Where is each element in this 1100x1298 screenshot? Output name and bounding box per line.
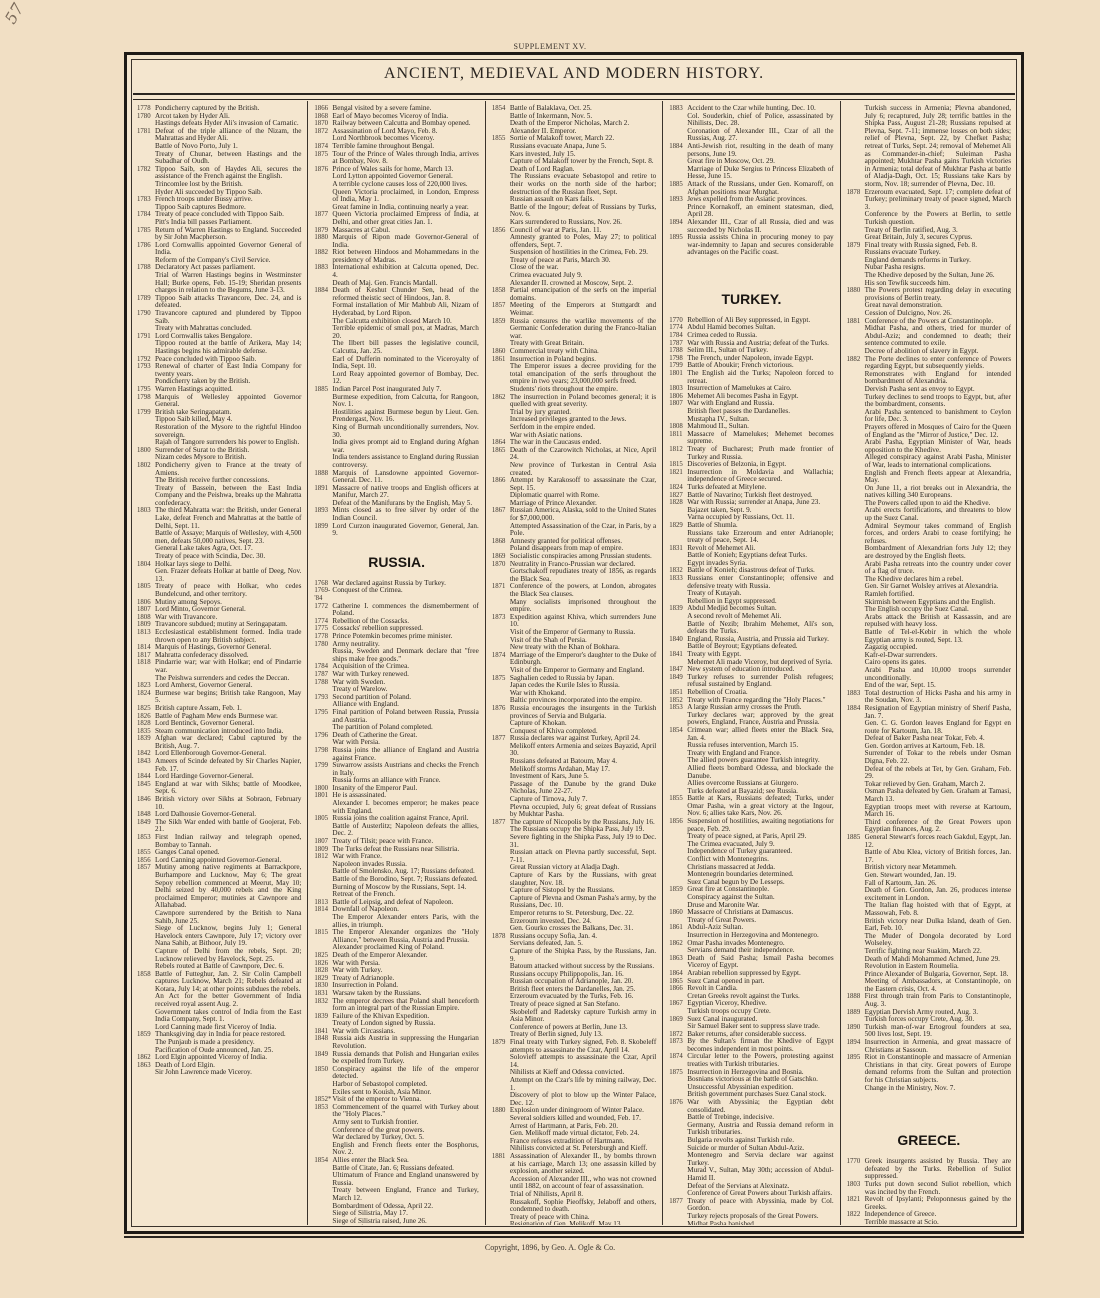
timeline-entry: Alexander I. becomes emperor; he makes p… [314, 800, 478, 815]
entry-text: Admiral Seymour takes command of English… [865, 523, 1011, 546]
entry-year: 1880 [314, 234, 332, 249]
entry-year: 1832 [314, 998, 332, 1013]
entry-year [847, 872, 865, 880]
entry-year [492, 986, 510, 994]
entry-year [137, 545, 155, 553]
timeline-entry: Capture of Delhi from the rebels, Sept. … [137, 948, 301, 963]
timeline-entry: 1832The emperor decrees that Poland shal… [314, 998, 478, 1013]
entry-year: 1805 [137, 583, 155, 598]
entry-text: Capture of Kars by the Russians, with gr… [510, 872, 656, 887]
entry-text: Coronation of Alexander III., Czar of al… [687, 128, 833, 143]
entry-year: 1879 [492, 1039, 510, 1054]
entry-text: Defeat of the rebels at Tet, by Gen. Gra… [865, 766, 1011, 781]
entry-year [492, 1077, 510, 1092]
entry-year [847, 454, 865, 469]
entry-year: 1800 [314, 785, 332, 793]
entry-year: 1801 [669, 370, 687, 385]
entry-year: 1802 [137, 462, 155, 477]
timeline-entry: 1888First through train from Paris to Co… [847, 993, 1011, 1008]
entry-year: 1888 [314, 470, 332, 485]
entry-year: 1780 [137, 113, 155, 121]
entry-year [137, 1009, 155, 1024]
entry-year: 1893 [314, 507, 332, 522]
entry-text: Insurrection in Moldavia and Wallachia; … [687, 469, 833, 484]
timeline-entry: Battle of Tel-el-Kebir in which the whol… [847, 629, 1011, 644]
entry-year [847, 523, 865, 546]
entry-year: 1872 [669, 1031, 687, 1039]
entry-text: Montenegro and Servia declare war agains… [687, 1152, 833, 1167]
entry-text: Terrible epidemic of small pox, at Madra… [332, 325, 478, 340]
column-2: 1866Bengal visited by a severe famine.18… [308, 101, 485, 1225]
entry-year [314, 800, 332, 815]
entry-text: Treaty of Bucharest; Pruth made frontier… [687, 446, 833, 461]
entry-year: 1883 [669, 105, 687, 113]
entry-text: Passage of the Danube by the grand Duke … [510, 781, 656, 796]
timeline-entry: 1848Russia aids Austria in suppressing t… [314, 1035, 478, 1050]
entry-year: 1774 [669, 324, 687, 332]
entry-year: 1806 [669, 393, 687, 401]
entry-year [314, 1172, 332, 1187]
entry-text: Mints closed as to free silver by order … [332, 507, 478, 522]
timeline-entry: Montenegro and Servia declare war agains… [669, 1152, 833, 1167]
timeline-entry: British victory near Dulka Island, death… [847, 918, 1011, 933]
entry-year [847, 743, 865, 751]
timeline-entry: 1873By the Sultan's firman the Khedive o… [669, 1038, 833, 1053]
entry-year [137, 378, 155, 386]
entry-year: 1877 [314, 211, 332, 226]
entry-year: 1799 [137, 409, 155, 417]
entry-year: 1812 [669, 446, 687, 461]
entry-year: 1846 [137, 796, 155, 811]
entry-year: 1788 [314, 679, 332, 687]
entry-year [492, 1130, 510, 1138]
entry-year [669, 1122, 687, 1137]
entry-year [314, 1081, 332, 1089]
entry-text: Capture of Delhi from the rebels, Sept. … [155, 948, 301, 963]
entry-year: 1831 [314, 990, 332, 998]
timeline-entry: 1857Meeting of the Emperors at Stuttgard… [492, 302, 656, 317]
entry-text: Amnesty granted to Poles, May 27; to pol… [510, 234, 656, 249]
timeline-entry: 1874Circular letter to the Powers, prote… [669, 1053, 833, 1068]
entry-text: Resignation of Gen. Melikoff, May 13. [510, 1221, 656, 1225]
entry-year [314, 777, 332, 785]
timeline-entry: Change in the Ministry, Nov. 7. [847, 1085, 1011, 1093]
entry-year [137, 257, 155, 265]
timeline-entry: Turkey declares war; approved by the gre… [669, 712, 833, 727]
entry-year [492, 629, 510, 637]
entry-year: 1885 [314, 386, 332, 394]
entry-text: Russia assists China in procuring money … [687, 234, 833, 257]
timeline-entry: 1802Pondicherry given to France at the t… [137, 462, 301, 477]
entry-year [137, 439, 155, 447]
entry-text: Meeting of Ambassadors, at Constantinopl… [865, 978, 1011, 993]
entry-year [492, 690, 510, 698]
entry-text: Final treaty with Turkey signed, Feb. 8.… [510, 1039, 656, 1054]
entry-year [492, 1115, 510, 1123]
entry-year: 1882 [314, 249, 332, 264]
entry-year: 1814 [314, 906, 332, 914]
entry-year: 1856 [669, 818, 687, 833]
entry-text: Anti-Jewish riot, resulting in the death… [687, 143, 833, 158]
entry-year [492, 1092, 510, 1107]
entry-text: Arabi Pasha and 10,000 troops surrender … [865, 667, 1011, 682]
entry-year: 1868 [314, 113, 332, 121]
entry-year [137, 219, 155, 227]
entry-year: 1813 [137, 629, 155, 644]
entry-text: Prince Kornakoff, an eminent statesman, … [687, 204, 833, 219]
timeline-entry: 1879Final treaty with Turkey signed, Feb… [492, 1039, 656, 1054]
timeline-entry: Plevna occupied, July 6; great defeat of… [492, 804, 656, 819]
entry-text: Russia encourages the insurgents in the … [510, 705, 656, 720]
entry-year [492, 500, 510, 508]
entry-year: 1841 [669, 651, 687, 659]
timeline-entry: English and French fleets appear at Alex… [847, 470, 1011, 485]
entry-text: The Muder of Dongola decorated by Lord W… [865, 933, 1011, 948]
entry-text: Battle of Tel-el-Kebir in which the whol… [865, 629, 1011, 644]
timeline-entry: The Emperor issues a decree providing fo… [492, 363, 656, 386]
entry-year: 1879 [314, 227, 332, 235]
entry-text: Capture of Plevna and Osman Pasha's army… [510, 895, 656, 910]
timeline-entry: 1873Expedition against Khiva, which surr… [492, 614, 656, 629]
entry-year: 1769-'84 [314, 587, 332, 602]
entry-text: The Emperor Alexander organizes the "Hol… [332, 929, 478, 944]
entry-year [137, 675, 155, 683]
entry-year [669, 1076, 687, 1084]
entry-year [137, 325, 155, 333]
timeline-entry: Amnesty granted to Poles, May 27; to pol… [492, 234, 656, 249]
entry-year: 1844 [137, 773, 155, 781]
entry-year [492, 432, 510, 440]
entry-text: Catherine I. commences the dismemberment… [332, 603, 478, 618]
timeline-entry: 1876Russia encourages the insurgents in … [492, 705, 656, 720]
timeline-entry: 1895Riot in Constantinople and massacre … [847, 1054, 1011, 1084]
timeline-entry: 1815The Emperor Alexander organizes the … [314, 929, 478, 944]
entry-year: 1864 [669, 970, 687, 978]
entry-year [314, 1187, 332, 1202]
entry-text: Siege of Lucknow, begins July 1; General… [155, 925, 301, 948]
timeline-entry: The Russians evacuate Sebastopol and ret… [492, 173, 656, 196]
entry-text: The Ilbert bill passes the legislative c… [332, 340, 478, 355]
timeline-entry: Battle of the Ingour; defeat of Russians… [492, 204, 656, 219]
timeline-entry: 1858Battle of Futteghur, Jan. 2. Sir Col… [137, 971, 301, 994]
timeline-entry: 1853Commencement of the quarrel with Tur… [314, 1104, 478, 1119]
entry-year [137, 1069, 155, 1077]
entry-year [847, 599, 865, 607]
entry-year [314, 648, 332, 663]
entry-year [847, 978, 865, 993]
entry-year: 1895 [669, 234, 687, 257]
entry-year [492, 1069, 510, 1077]
timeline-entry: Meeting of Ambassadors, at Constantinopl… [847, 978, 1011, 993]
footer-rule [124, 1236, 1024, 1241]
entry-year [847, 211, 865, 226]
entry-year [492, 143, 510, 151]
entry-text: War with Abyssinia; the Egyptian debt co… [687, 1099, 833, 1114]
entry-year [492, 1191, 510, 1199]
timeline-entry: Russia, Sweden and Denmark declare that … [314, 648, 478, 663]
entry-year: 1795 [314, 709, 332, 724]
entry-year: 1878 [847, 189, 865, 212]
timeline-entry: Admiral Seymour takes command of English… [847, 523, 1011, 546]
entry-year: 1849 [314, 1051, 332, 1066]
entry-text: Formal installation of Mir Mahbub Ali, N… [332, 302, 478, 317]
entry-year [669, 621, 687, 636]
entry-year [847, 325, 865, 348]
entry-year [314, 318, 332, 326]
entry-year: 1859 [137, 1031, 155, 1039]
timeline-entry: Prince Kornakoff, an eminent statesman, … [669, 204, 833, 219]
entry-year [847, 948, 865, 956]
entry-year: 1830 [314, 982, 332, 990]
entry-year [669, 204, 687, 219]
entry-year: 1795 [137, 386, 155, 394]
entry-text: Allied fleets bombard Odessa, and blocka… [687, 765, 833, 780]
entry-text: Marriage of Duke Sergius to Princess Eli… [687, 166, 833, 181]
timeline-entry: 1856Suspension of hostilities, awaiting … [669, 818, 833, 833]
timeline-entry: Terrible massacre at Scio. [847, 1219, 1011, 1225]
entry-year: 1866 [492, 477, 510, 492]
timeline-entry: 1789Tippoo Saib attacks Travancore, Dec.… [137, 295, 301, 310]
entry-year [314, 325, 332, 340]
timeline-entry: Germany, Austria and Russia demand refor… [669, 1122, 833, 1137]
entry-year: 1788 [137, 264, 155, 272]
timeline-entry: Osman Pasha defeated by Gen. Graham at T… [847, 788, 1011, 803]
timeline-entry: 1798Russia joins the alliance of England… [314, 747, 478, 762]
entry-text: Turkey declares war; approved by the gre… [687, 712, 833, 727]
entry-year [669, 864, 687, 872]
entry-text: On June 11, a riot breaks out in Alexand… [865, 485, 1011, 500]
entry-year: 1875 [669, 1069, 687, 1077]
entry-text: Afghan war declared; Cabul captured by t… [155, 735, 301, 750]
entry-year [314, 914, 332, 929]
entry-text: An Act for the better Government of Indi… [155, 993, 301, 1008]
entry-text: Melikoff enters Armenia and seizes Bayaz… [510, 743, 656, 758]
entry-year [847, 667, 865, 682]
entry-text: Riot between Hindoos and Mohammedans in … [332, 249, 478, 264]
entry-text: Capture of the Shipka Pass, by the Russi… [510, 948, 656, 963]
entry-year [314, 823, 332, 838]
entry-year [847, 485, 865, 500]
entry-year: 1863 [669, 955, 687, 970]
entry-year: 1895 [847, 1054, 865, 1084]
entry-year: 1854 [314, 1157, 332, 1165]
entry-year [137, 454, 155, 462]
entry-year [847, 583, 865, 591]
entry-year: 1839 [137, 735, 155, 750]
entry-text: Arabs attack the British at Kassassin, a… [865, 614, 1011, 629]
entry-year: 1799 [314, 762, 332, 777]
entry-text: Pindarrie war; war with Holkar; end of P… [155, 659, 301, 674]
timeline-entry: 1846British victory over Sikhs at Sobrao… [137, 796, 301, 811]
entry-year [847, 918, 865, 933]
entry-year [137, 120, 155, 128]
entry-text: Lord Curzon inaugurated Governor, Genera… [332, 523, 478, 538]
timeline-entry: 1850Conspiracy against the life of the e… [314, 1066, 478, 1081]
entry-year [137, 1039, 155, 1047]
entry-year [314, 1165, 332, 1173]
entry-year [314, 1119, 332, 1127]
entry-year: 1854 [492, 105, 510, 113]
timeline-entry: Battle of Nezib; Ibrahim Mehemet, Ali's … [669, 621, 833, 636]
timeline-entry: 1770Greek insurgents assisted by Russia.… [847, 1158, 1011, 1181]
entry-text: The insurrection in Poland becomes gener… [510, 394, 656, 409]
entry-year [314, 204, 332, 212]
entry-year: 1839 [669, 605, 687, 613]
entry-year [847, 280, 865, 288]
entry-year [847, 310, 865, 318]
entry-year: 1774 [314, 618, 332, 626]
entry-year: 1853 [137, 834, 155, 849]
entry-year: 1786 [137, 242, 155, 257]
entry-text: Conference of the powers, at London, abr… [510, 583, 656, 598]
entry-year: 1899 [314, 523, 332, 538]
entry-year [314, 135, 332, 143]
entry-year [314, 1127, 332, 1135]
entry-year: 1855 [492, 135, 510, 143]
entry-year [492, 1031, 510, 1039]
timeline-entry: 1859Russia censures the warlike movement… [492, 318, 656, 341]
entry-year [669, 993, 687, 1001]
entry-text: Osman Pasha defeated by Gen. Graham at T… [865, 788, 1011, 803]
entry-year: 1832 [669, 567, 687, 575]
entry-year: 1893 [669, 196, 687, 204]
timeline-entry: Battle of Assaye; Marquis of Wellesley, … [137, 530, 301, 545]
entry-year [314, 280, 332, 288]
timeline-entry: Capture of the Shipka Pass, by the Russi… [492, 948, 656, 963]
entry-year: 1873 [492, 614, 510, 629]
entry-year [847, 629, 865, 644]
timeline-entry: 1813Ecclesiastical establishment formed.… [137, 629, 301, 644]
entry-year: 1798 [137, 394, 155, 409]
entry-text: Gen. C. G. Gordon leaves England for Egy… [865, 720, 1011, 735]
timeline-entry: 1849Turkey refuses to surrender Polish r… [669, 674, 833, 689]
entry-year [847, 561, 865, 576]
entry-text: Russia censures the warlike movements of… [510, 318, 656, 341]
entry-year [492, 849, 510, 864]
entry-year [137, 204, 155, 212]
entry-year: 1828 [669, 499, 687, 507]
entry-year: 1881 [847, 318, 865, 326]
timeline-entry: The Ilbert bill passes the legislative c… [314, 340, 478, 355]
entry-year [314, 868, 332, 876]
entry-year [847, 933, 865, 948]
section-heading: TURKEY. [669, 291, 833, 307]
timeline-entry: Lord Reay appointed governor of Bombay, … [314, 371, 478, 386]
entry-text: Expedition against Khiva, which surrende… [510, 614, 656, 629]
entry-year [847, 591, 865, 599]
entry-text: Turkey refuses to surrender Polish refug… [687, 674, 833, 689]
entry-year [669, 113, 687, 128]
entry-year [492, 644, 510, 652]
entry-text: Circular letter to the Powers, protestin… [687, 1053, 833, 1068]
entry-year [314, 500, 332, 508]
entry-year [492, 773, 510, 781]
entry-year [492, 667, 510, 675]
entry-year: 1867 [669, 1000, 687, 1008]
entry-year [492, 545, 510, 553]
entry-year [492, 158, 510, 166]
timeline-entry: Hostilities against Burmese begun by Lie… [314, 409, 478, 424]
entry-year [492, 872, 510, 887]
entry-year [314, 302, 332, 317]
timeline-entry: Third conference of the Great Powers upo… [847, 819, 1011, 834]
timeline-entry: 1781Defeat of the triple alliance of the… [137, 128, 301, 143]
entry-text: Treaty between England, France and Turke… [332, 1187, 478, 1202]
entry-year: 1888 [847, 993, 865, 1008]
entry-text: Pondicherry given to France at the treat… [155, 462, 301, 477]
entry-year: 1859 [492, 318, 510, 341]
entry-year: 1799 [669, 362, 687, 370]
entry-year [137, 181, 155, 189]
entry-year [847, 105, 865, 189]
entry-text: Plevna occupied, July 6; great defeat of… [510, 804, 656, 819]
entry-year: 1803 [847, 1181, 865, 1196]
entry-year: 1859 [669, 886, 687, 894]
entry-text: Restoration of the Mysore to the rightfu… [155, 424, 301, 439]
entry-year [847, 234, 865, 242]
entry-text: Sir John Lawrence made Viceroy. [155, 1069, 301, 1077]
entry-year [492, 864, 510, 872]
entry-year: 1870 [314, 120, 332, 128]
entry-text: Midhat Pasha banished. [687, 1221, 833, 1225]
timeline-entry: Capture of Kars by the Russians, with gr… [492, 872, 656, 887]
entry-text: Skobeleff and Radetsky capture Turkish a… [510, 1009, 656, 1024]
timeline-entry: 1818Pindarrie war; war with Holkar; end … [137, 659, 301, 674]
entry-year [847, 644, 865, 652]
entry-year [492, 1009, 510, 1024]
timeline-entry: 1854Crimean war; allied fleets enter the… [669, 727, 833, 742]
entry-year: 1855 [669, 795, 687, 818]
entry-year [492, 993, 510, 1001]
entry-year [492, 166, 510, 174]
entry-year: 1821 [669, 469, 687, 484]
entry-year [669, 1213, 687, 1221]
entry-text: Defeat of the triple alliance of the Niz… [155, 128, 301, 143]
entry-year [137, 272, 155, 295]
entry-text: Suspension of hostilities, awaiting nego… [687, 818, 833, 833]
entry-year: 1845 [137, 781, 155, 796]
timeline-entry: 1833Russians enter Constantinople; offen… [669, 575, 833, 590]
entry-year [314, 1218, 332, 1225]
entry-year [492, 766, 510, 774]
timeline-entry: Russians take Erzeroum and enter Adriano… [669, 530, 833, 545]
timeline-entry: 1885Attack of the Russians, under Gen. K… [669, 181, 833, 196]
timeline-entry: Allied fleets bombard Odessa, and blocka… [669, 765, 833, 780]
timeline-entry: 1883International exhibition at Calcutta… [314, 264, 478, 279]
timeline-entry: Conference by the Powers at Berlin, to s… [847, 211, 1011, 226]
entry-year: 1858 [137, 971, 155, 994]
timeline-entry: Treaty between England, France and Turke… [314, 1187, 478, 1202]
entry-year [492, 1145, 510, 1153]
entry-year [314, 394, 332, 409]
entry-year: 1808 [669, 423, 687, 431]
timeline-entry: Arabi Pasha and 10,000 troops surrender … [847, 667, 1011, 682]
timeline-entry: Coronation of Alexander III., Czar of al… [669, 128, 833, 143]
entry-year [137, 340, 155, 355]
timeline-entry: Defeat of the rebels at Tet, by Gen. Gra… [847, 766, 1011, 781]
entry-year: 1864 [492, 439, 510, 447]
entry-year: 1870 [492, 561, 510, 569]
entry-year [847, 424, 865, 439]
entry-year [314, 189, 332, 204]
timeline-entry: 1880The Powers protest regarding delay i… [847, 287, 1011, 302]
timeline-entry: Death of Gen. Gordon, Jan. 26, produces … [847, 887, 1011, 902]
entry-text: Erzeroum evacuated, Sept. 17; complete d… [865, 189, 1011, 212]
entry-year [314, 1020, 332, 1028]
entry-year: 1877 [669, 1198, 687, 1213]
timeline-entry: Battle of Austerlitz; Napoleon defeats t… [314, 823, 478, 838]
timeline-entry: The Italian flag hoisted with that of Eg… [847, 902, 1011, 917]
